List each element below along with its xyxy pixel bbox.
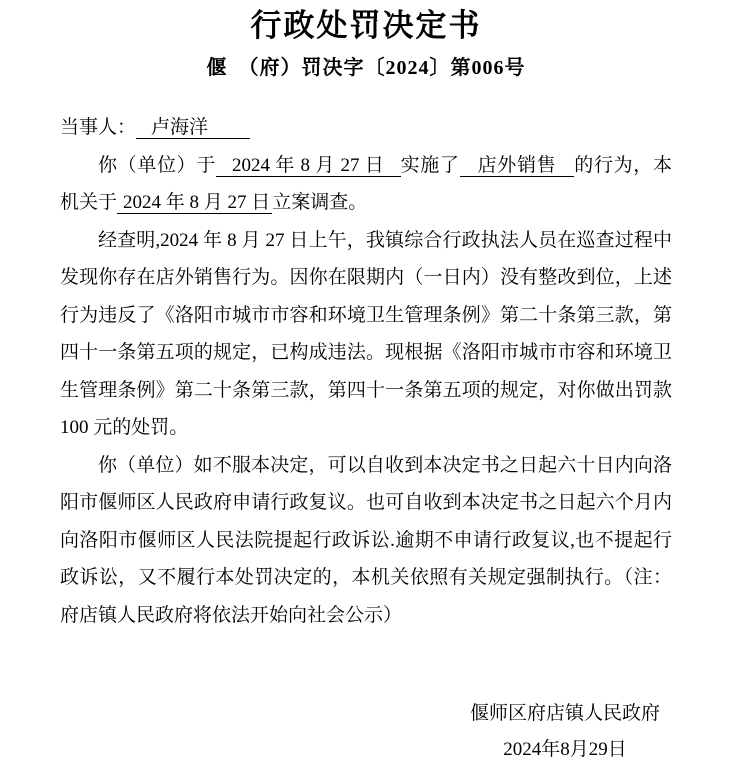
party-label: 当事人： [60,117,136,138]
paragraph-appeal-rights: 你（单位）如不服本决定，可以自收到本决定书之日起六十日内向洛阳市偃师区人民政府申… [60,447,672,635]
case-filing-text-4: 立案调查。 [272,192,367,213]
paragraph-findings-and-penalty: 经查明,2024 年 8 月 27 日上午，我镇综合行政执法人员在巡查过程中发现… [60,222,672,447]
case-filing-text-2: 实施了 [401,155,460,176]
violation-conduct-underlined: 店外销售 [460,155,575,177]
case-filing-text-1: 你（单位）于 [98,155,216,176]
document-page: 行政处罚决定书 偃 （府）罚决字〔2024〕第006号 当事人：卢海洋 你（单位… [0,0,730,777]
document-body: 当事人：卢海洋 你（单位）于2024 年 8 月 27 日实施了店外销售的行为，… [60,109,672,634]
issuing-authority: 偃师区府店镇人民政府 [470,696,660,732]
paragraph-case-filing: 你（单位）于2024 年 8 月 27 日实施了店外销售的行为，本机关于2024… [60,147,672,222]
document-title: 行政处罚决定书 [60,6,672,46]
document-number: 偃 （府）罚决字〔2024〕第006号 [60,55,672,81]
signature-inner: 偃师区府店镇人民政府 2024年8月29日 [470,696,660,768]
party-line: 当事人：卢海洋 [60,109,672,147]
filing-date-underlined: 2024 年 8 月 27 日 [117,192,272,214]
issue-date: 2024年8月29日 [470,732,660,768]
party-name: 卢海洋 [136,117,250,139]
signature-block: 偃师区府店镇人民政府 2024年8月29日 [60,696,672,768]
violation-date-underlined: 2024 年 8 月 27 日 [216,155,401,177]
